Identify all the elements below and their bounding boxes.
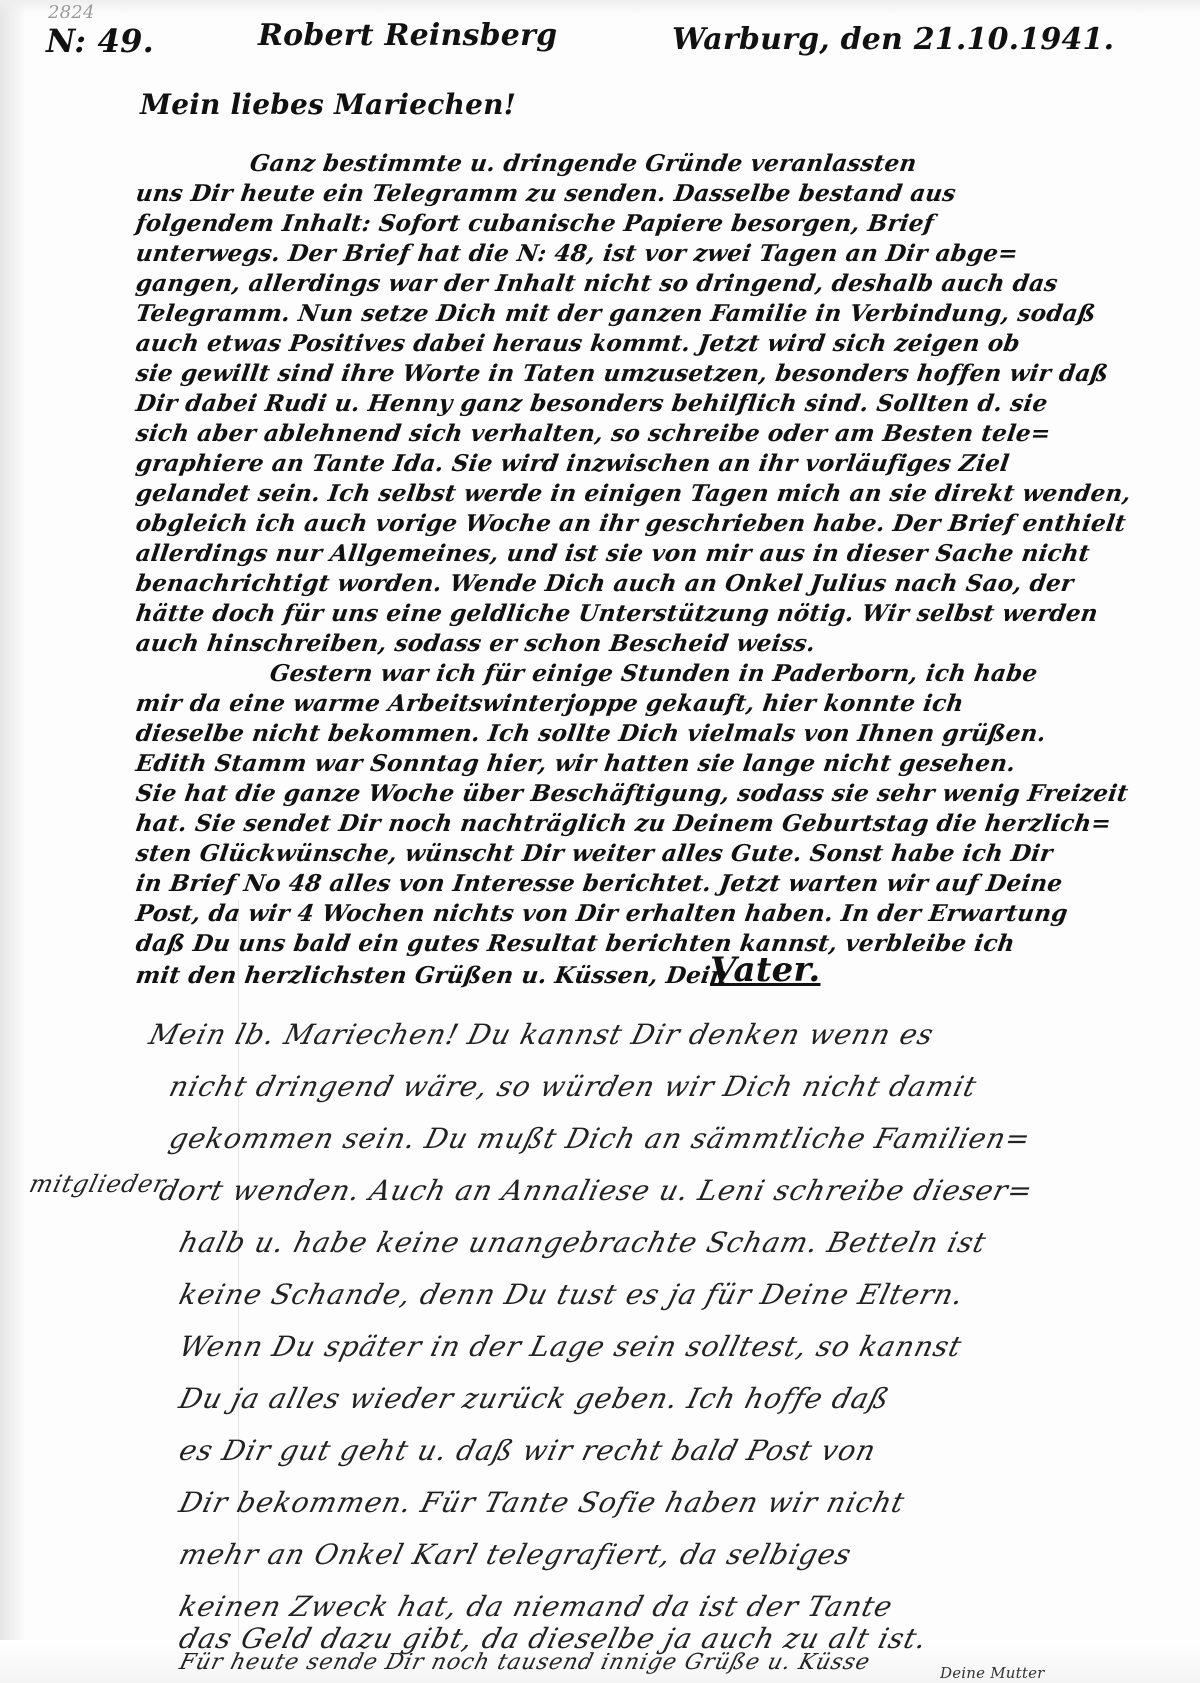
- text-line: sten Glückwünsche, wünscht Dir weiter al…: [134, 840, 1054, 867]
- text-line: Ganz bestimmte u. dringende Gründe veran…: [248, 150, 918, 177]
- text-line: hätte doch für uns eine geldliche Unters…: [134, 600, 1100, 627]
- text-line: unterwegs. Der Brief hat die N: 48, ist …: [134, 240, 1020, 267]
- text-line: in Brief No 48 alles von Interesse beric…: [134, 870, 1064, 897]
- text-line: keinen Zweck hat, da niemand da ist der …: [176, 1590, 897, 1623]
- sender-name: Robert Reinsberg: [258, 18, 557, 53]
- text-line: gelandet sein. Ich selbst werde in einig…: [134, 480, 1133, 507]
- text-line: Mein lb. Mariechen! Du kannst Dir denken…: [146, 1018, 938, 1051]
- page-fold-shadow: [0, 0, 24, 1683]
- text-line: obgleich ich auch vorige Woche an ihr ge…: [134, 510, 1128, 537]
- text-line: Du ja alles wieder zurück geben. Ich hof…: [176, 1382, 893, 1415]
- text-line: keine Schande, denn Du tust es ja für De…: [176, 1278, 968, 1311]
- text-line: gangen, allerdings war der Inhalt nicht …: [134, 270, 1059, 297]
- text-line: Edith Stamm war Sonntag hier, wir hatten…: [134, 750, 1017, 777]
- text-line: hat. Sie sendet Dir noch nachträglich zu…: [134, 810, 1113, 837]
- text-line: auch hinschreiben, sodass er schon Besch…: [134, 630, 817, 657]
- text-line: sich aber ablehnend sich verhalten, so s…: [134, 420, 1052, 447]
- place-date: Warburg, den 21.10.1941.: [672, 22, 1114, 57]
- father-signature: Vater.: [710, 950, 820, 990]
- salutation: Mein liebes Mariechen!: [140, 88, 516, 121]
- text-line: gekommen sein. Du mußt Dich an sämmtlich…: [166, 1122, 1035, 1155]
- text-line: Telegramm. Nun setze Dich mit der ganzen…: [134, 300, 1097, 327]
- text-line: mehr an Onkel Karl telegrafiert, da selb…: [176, 1538, 855, 1571]
- text-line: Für heute sende Dir noch tausend innige …: [177, 1650, 873, 1675]
- text-line: benachrichtigt worden. Wende Dich auch a…: [134, 570, 1075, 597]
- letter-page: 2824 N: 49. Robert Reinsberg Warburg, de…: [0, 0, 1200, 1683]
- text-line: mir da eine warme Arbeitswinterjoppe gek…: [134, 690, 965, 717]
- text-line: folgendem Inhalt: Sofort cubanische Papi…: [134, 210, 936, 237]
- text-line: halb u. habe keine unangebrachte Scham. …: [176, 1226, 990, 1259]
- text-line: sie gewillt sind ihre Worte in Taten umz…: [134, 360, 1110, 387]
- letter-number: N: 49.: [46, 22, 154, 60]
- text-line: daß Du uns bald ein gutes Resultat beric…: [134, 930, 1016, 957]
- text-line: nicht dringend wäre, so würden wir Dich …: [166, 1070, 981, 1103]
- text-line: Dir dabei Rudi u. Henny ganz besonders b…: [134, 390, 1049, 417]
- text-line: graphiere an Tante Ida. Sie wird inzwisc…: [134, 450, 1011, 477]
- text-line: auch etwas Positives dabei heraus kommt.…: [134, 330, 1022, 357]
- margin-note: mitglieder: [27, 1170, 170, 1198]
- mother-signature: Deine Mutter: [940, 1664, 1045, 1682]
- archive-number: 2824: [48, 2, 95, 23]
- text-line: dort wenden. Auch an Annaliese u. Leni s…: [156, 1174, 1037, 1207]
- text-line: dieselbe nicht bekommen. Ich sollte Dich…: [134, 720, 1048, 747]
- text-line: allerdings nur Allgemeines, und ist sie …: [134, 540, 1091, 567]
- text-line: Sie hat die ganze Woche über Beschäftigu…: [134, 780, 1130, 807]
- text-line: Post, da wir 4 Wochen nichts von Dir erh…: [134, 900, 1069, 927]
- text-line: Dir bekommen. Für Tante Sofie haben wir …: [176, 1486, 909, 1519]
- text-line: Gestern war ich für einige Stunden in Pa…: [268, 660, 1039, 687]
- text-line: uns Dir heute ein Telegramm zu senden. D…: [134, 180, 957, 207]
- text-line: es Dir gut geht u. daß wir recht bald Po…: [176, 1434, 880, 1467]
- text-line: mit den herzlichsten Grüßen u. Küssen, D…: [134, 962, 729, 989]
- page-top-shadow: [0, 0, 1200, 14]
- text-line: Wenn Du später in der Lage sein solltest…: [176, 1330, 966, 1363]
